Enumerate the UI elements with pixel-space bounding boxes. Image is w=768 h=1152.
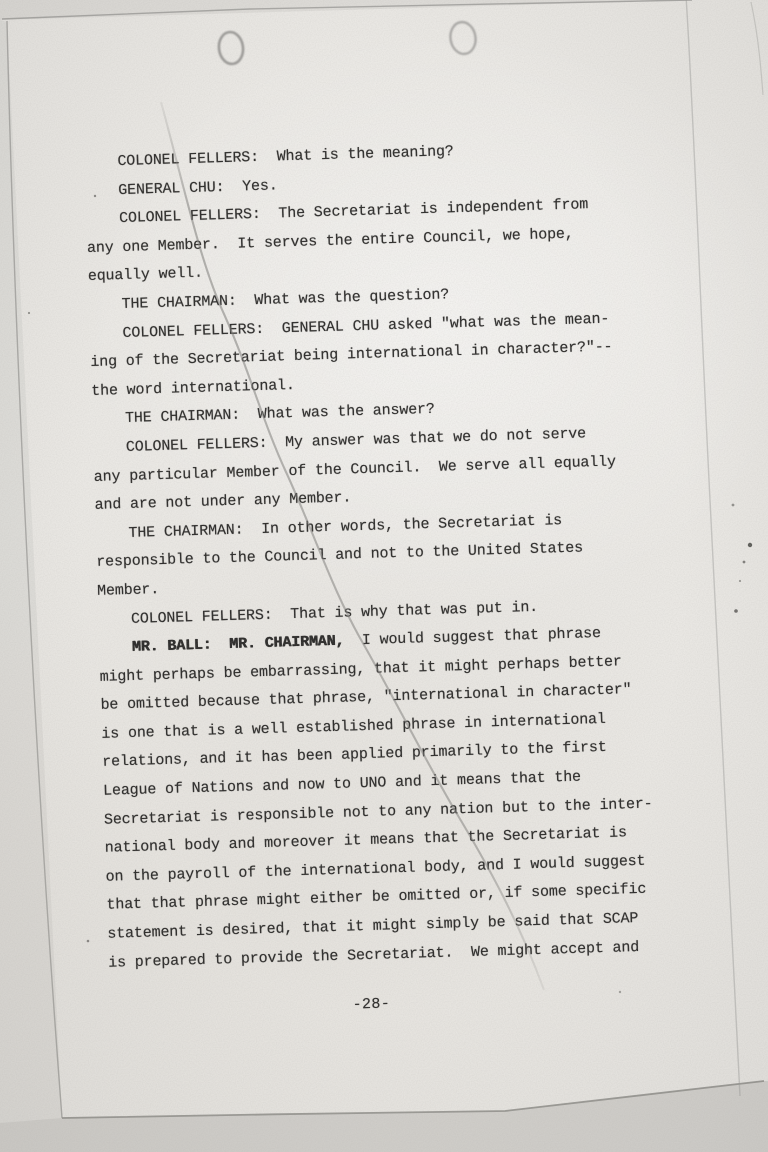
line-text: I would suggest that phrase xyxy=(344,625,601,650)
line-text: GENERAL CHU: Yes. xyxy=(118,177,278,199)
line-text: equally well. xyxy=(88,265,204,285)
line-text: the word international. xyxy=(91,377,295,400)
speaker-emphasis-text: MR. BALL: MR. CHAIRMAN, xyxy=(132,633,345,656)
line-text: and are not under any Member. xyxy=(94,489,351,514)
line-text: THE CHAIRMAN: What was the question? xyxy=(121,286,449,313)
line-text: Member. xyxy=(97,581,159,600)
transcript-text-block: COLONEL FELLERS: What is the meaning?GEN… xyxy=(84,131,710,1027)
line-text: THE CHAIRMAN: What was the answer? xyxy=(125,401,435,427)
transcript-lines: COLONEL FELLERS: What is the meaning?GEN… xyxy=(84,131,708,978)
line-text: COLONEL FELLERS: What is the meaning? xyxy=(117,143,454,170)
scanned-document-screenshot: { "page": { "kind": "scanned typewritten… xyxy=(0,0,768,1152)
